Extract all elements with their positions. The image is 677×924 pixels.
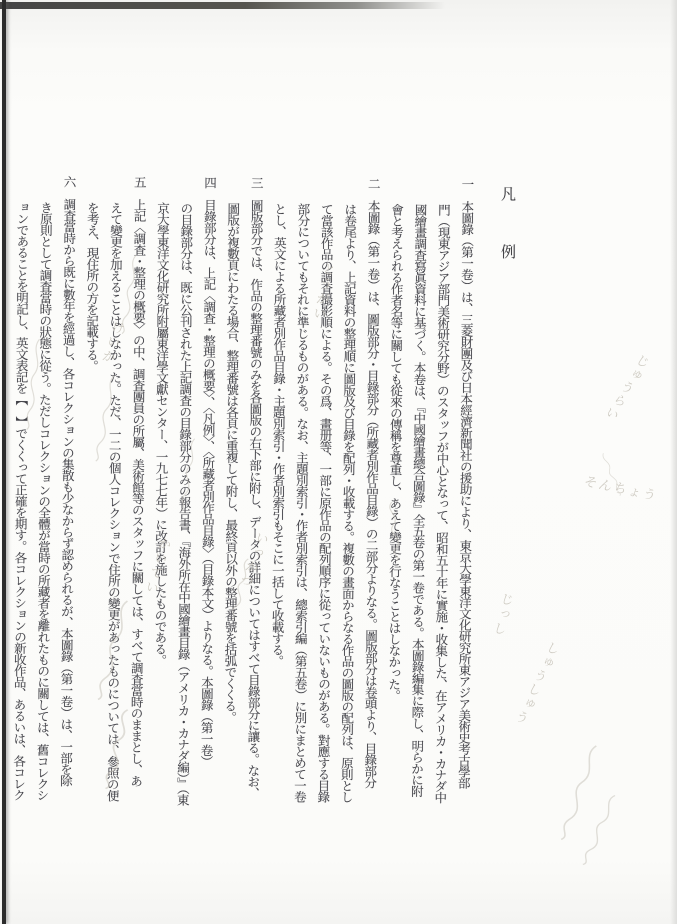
text-column: 門（現東アジア部門美術研究分野）のスタッフが中心となって、昭和五十年に實施・收集…	[427, 178, 454, 842]
text-column: の目錄部分は、既に公刊された上記調査の目錄部分のみの報告書、『海外所在中國繪畫目…	[170, 176, 197, 840]
item-一-first-column: 一 本圖錄（第一卷）は、三菱財團及び日本經濟新聞社の援助により、東京大學東洋文化…	[451, 178, 478, 842]
text-column: き原則として調査當時の狀態に從う。ただしコレクションの全體が當時の所藏者を離れた…	[29, 175, 56, 839]
pencil-note: じゅうらい	[599, 351, 654, 424]
pencil-note: しゅうしゅう	[509, 639, 564, 728]
item-六-first-column: 六 調査當時から既に數年を經過し、各コレクションの集散も少なからず認められるが、…	[53, 175, 80, 839]
scan-edge-right-artifact	[670, 0, 677, 924]
text-column: えて變更を加えることはしなかった。ただ、一二の個人コレクションで住所の變更があっ…	[99, 176, 126, 840]
item-二-first-column: 二 本圖錄（第一卷）は、圖版部分・目錄部分（所藏者別作品目錄）の二部分よりなる。…	[357, 177, 384, 841]
scanned-page: 凡 例 一 本圖錄（第一卷）は、三菱財團及び日本經濟新聞社の援助により、東京大學…	[0, 0, 677, 924]
text-column: 國繪畫調査寫眞資料に基づく。本卷は、『中國繪畫總合圖錄』全五卷の第一卷である。本…	[404, 178, 431, 842]
item-五-first-column: 五 上記〈調査・整理の概要〉の中、調査團員の所屬、美術館等のスタッフに關しては、…	[123, 176, 150, 840]
pencil-scribble	[548, 737, 613, 847]
pencil-scribble	[571, 787, 629, 872]
hanrei-text-block: 一 本圖錄（第一卷）は、三菱財團及び日本經濟新聞社の援助により、東京大學東洋文化…	[0, 175, 478, 842]
text-column: 部分についてもそれに準じるものがある。なお、主題別索引・作者別索引は、總索引編（…	[287, 177, 314, 841]
text-column: を考え、現住所の方を記載する。	[76, 176, 103, 840]
scan-edge-top-artifact	[0, 2, 445, 9]
text-column: は卷尾より、上記資料の整理順に圖版及び目錄を配列・收載する。複數の畫面からなる作…	[334, 177, 361, 841]
text-column: ョンであることを明記し、英文表記を【 】でくくって正確を期す。各コレクションの新…	[6, 175, 33, 839]
pencil-note: そんちょう	[582, 471, 661, 505]
page-title: 凡 例	[496, 186, 518, 273]
pencil-scribble	[595, 449, 629, 499]
item-三-first-column: 三 圖版部分では、作品の整理番號のみを各圖版の右下部に附し、データの詳細について…	[240, 177, 267, 841]
item-四-first-column: 四 目錄部分は、上記〈調査・整理の概要〉、〈凡例〉、〈所藏者別作品目錄〉（目錄本…	[193, 176, 220, 840]
pencil-note: じっし	[488, 591, 518, 638]
text-column: て當該作品の調査撮影順による。その爲、畫册等、一部に原作品の配列順序に從っていな…	[310, 177, 337, 841]
